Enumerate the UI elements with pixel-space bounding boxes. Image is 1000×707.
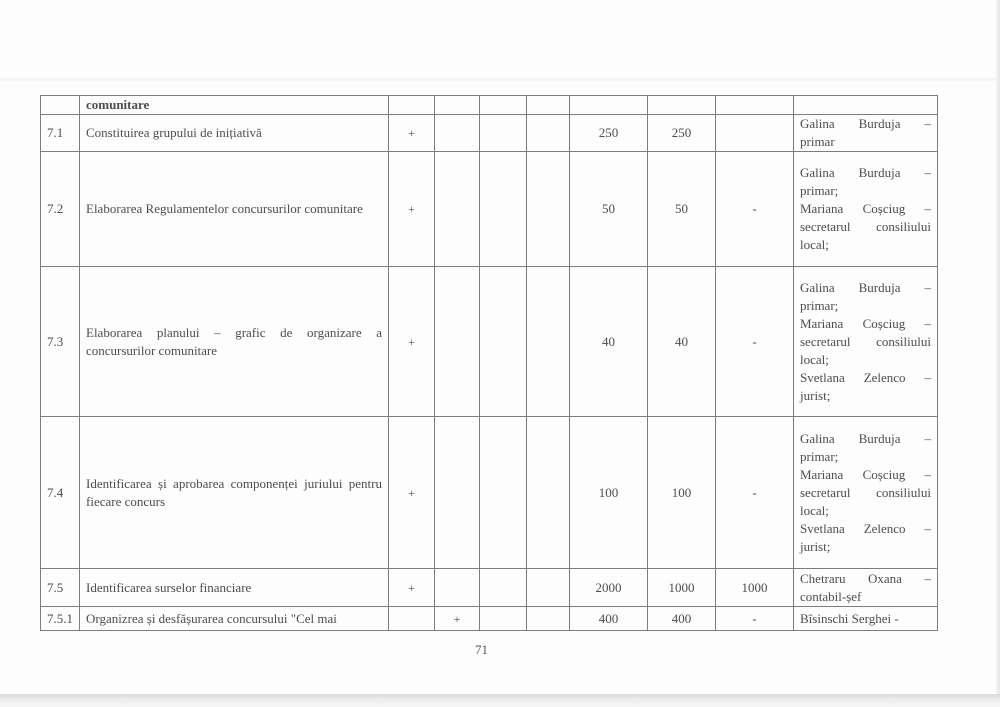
period-mark-2 (435, 569, 480, 607)
period-mark-3 (480, 417, 527, 569)
row-description: Identificarea surselor financiare (80, 569, 389, 607)
cost-budget-local: 40 (648, 267, 716, 417)
period-mark-1 (389, 607, 435, 631)
scan-artifact-bottom (0, 694, 1000, 707)
period-mark-2: + (435, 607, 480, 631)
row-description: Identificarea și aprobarea componenței j… (80, 417, 389, 569)
responsible-line: Galina Burduja – (800, 115, 931, 133)
table-row: 7.5.1Organizrea și desfășurarea concursu… (41, 607, 938, 631)
cost-budget-local: 250 (648, 115, 716, 152)
responsible-line: primar; (800, 182, 931, 200)
row-description: Elaborarea planului – grafic de organiza… (80, 267, 389, 417)
cost-other-sources: - (716, 152, 794, 267)
responsible-line: Chetraru Oxana – (800, 570, 931, 588)
responsible-line: Bîsinschi Serghei - (800, 610, 931, 628)
responsible-line: jurist; (800, 387, 931, 405)
period-mark-1: + (389, 267, 435, 417)
row-number: 7.3 (41, 267, 80, 417)
responsible-line: secretarul consiliului (800, 484, 931, 502)
row-description: comunitare (80, 96, 389, 115)
responsible-persons: Galina Burduja –primar;Mariana Coșciug –… (794, 152, 938, 267)
period-mark-2 (435, 115, 480, 152)
table-row: 7.3Elaborarea planului – grafic de organ… (41, 267, 938, 417)
row-number: 7.5.1 (41, 607, 80, 631)
row-number: 7.5 (41, 569, 80, 607)
period-mark-1: + (389, 417, 435, 569)
period-mark-3 (480, 267, 527, 417)
cost-budget-local: 50 (648, 152, 716, 267)
cost-budget-local: 400 (648, 607, 716, 631)
responsible-line: contabil-șef (800, 588, 931, 606)
period-mark-1: + (389, 152, 435, 267)
responsible-persons: Chetraru Oxana –contabil-șef (794, 569, 938, 607)
cost-other-sources: - (716, 417, 794, 569)
period-mark-4 (527, 115, 570, 152)
cost-total: 2000 (570, 569, 648, 607)
responsible-line: Galina Burduja – (800, 164, 931, 182)
responsible-line: Galina Burduja – (800, 279, 931, 297)
period-mark-1: + (389, 569, 435, 607)
period-mark-3 (480, 115, 527, 152)
responsible-line: local; (800, 236, 931, 254)
responsible-line: Mariana Coșciug – (800, 466, 931, 484)
period-mark-4 (527, 152, 570, 267)
period-mark-2 (435, 152, 480, 267)
responsible-persons: Bîsinschi Serghei - (794, 607, 938, 631)
period-mark-4 (527, 267, 570, 417)
responsible-line: Svetlana Zelenco – (800, 369, 931, 387)
period-mark-3 (480, 607, 527, 631)
period-mark-4 (527, 569, 570, 607)
period-mark-1: + (389, 115, 435, 152)
responsible-line: primar; (800, 448, 931, 466)
responsible-line: Mariana Coșciug – (800, 200, 931, 218)
responsible-line: primar (800, 133, 931, 151)
responsible-line: primar; (800, 297, 931, 315)
cost-total: 400 (570, 607, 648, 631)
cost-other-sources: 1000 (716, 569, 794, 607)
responsible-line: Svetlana Zelenco – (800, 520, 931, 538)
cost-total: 100 (570, 417, 648, 569)
row-number: 7.1 (41, 115, 80, 152)
table-row: 7.4Identificarea și aprobarea componențe… (41, 417, 938, 569)
period-mark-3 (480, 569, 527, 607)
table-row: 7.2Elaborarea Regulamentelor concursuril… (41, 152, 938, 267)
responsible-persons: Galina Burduja –primar;Mariana Coșciug –… (794, 417, 938, 569)
cost-other-sources (716, 115, 794, 152)
cost-other-sources: - (716, 607, 794, 631)
row-description: Elaborarea Regulamentelor concursurilor … (80, 152, 389, 267)
scan-artifact-edge (996, 0, 1000, 707)
table-row-continuation: comunitare (41, 96, 938, 115)
page-number: 71 (475, 642, 488, 658)
row-number: 7.4 (41, 417, 80, 569)
responsible-line: secretarul consiliului (800, 333, 931, 351)
responsible-line: Mariana Coșciug – (800, 315, 931, 333)
activity-plan-table: comunitare 7.1Constituirea grupului de i… (40, 95, 938, 631)
row-number: 7.2 (41, 152, 80, 267)
cost-other-sources: - (716, 267, 794, 417)
responsible-line: jurist; (800, 538, 931, 556)
cost-total: 50 (570, 152, 648, 267)
cost-total: 40 (570, 267, 648, 417)
responsible-line: Galina Burduja – (800, 430, 931, 448)
responsible-line: local; (800, 502, 931, 520)
table-row: 7.1Constituirea grupului de inițiativă+2… (41, 115, 938, 152)
period-mark-2 (435, 267, 480, 417)
row-description: Organizrea și desfășurarea concursului "… (80, 607, 389, 631)
responsible-line: secretarul consiliului (800, 218, 931, 236)
period-mark-4 (527, 417, 570, 569)
table-row: 7.5Identificarea surselor financiare+200… (41, 569, 938, 607)
row-number (41, 96, 80, 115)
cost-total: 250 (570, 115, 648, 152)
responsible-persons: Galina Burduja –primar;Mariana Coșciug –… (794, 267, 938, 417)
row-description: Constituirea grupului de inițiativă (80, 115, 389, 152)
scan-artifact-top (0, 78, 1000, 82)
responsible-line: local; (800, 351, 931, 369)
period-mark-4 (527, 607, 570, 631)
responsible-persons: Galina Burduja –primar (794, 115, 938, 152)
period-mark-3 (480, 152, 527, 267)
cost-budget-local: 100 (648, 417, 716, 569)
cost-budget-local: 1000 (648, 569, 716, 607)
period-mark-2 (435, 417, 480, 569)
